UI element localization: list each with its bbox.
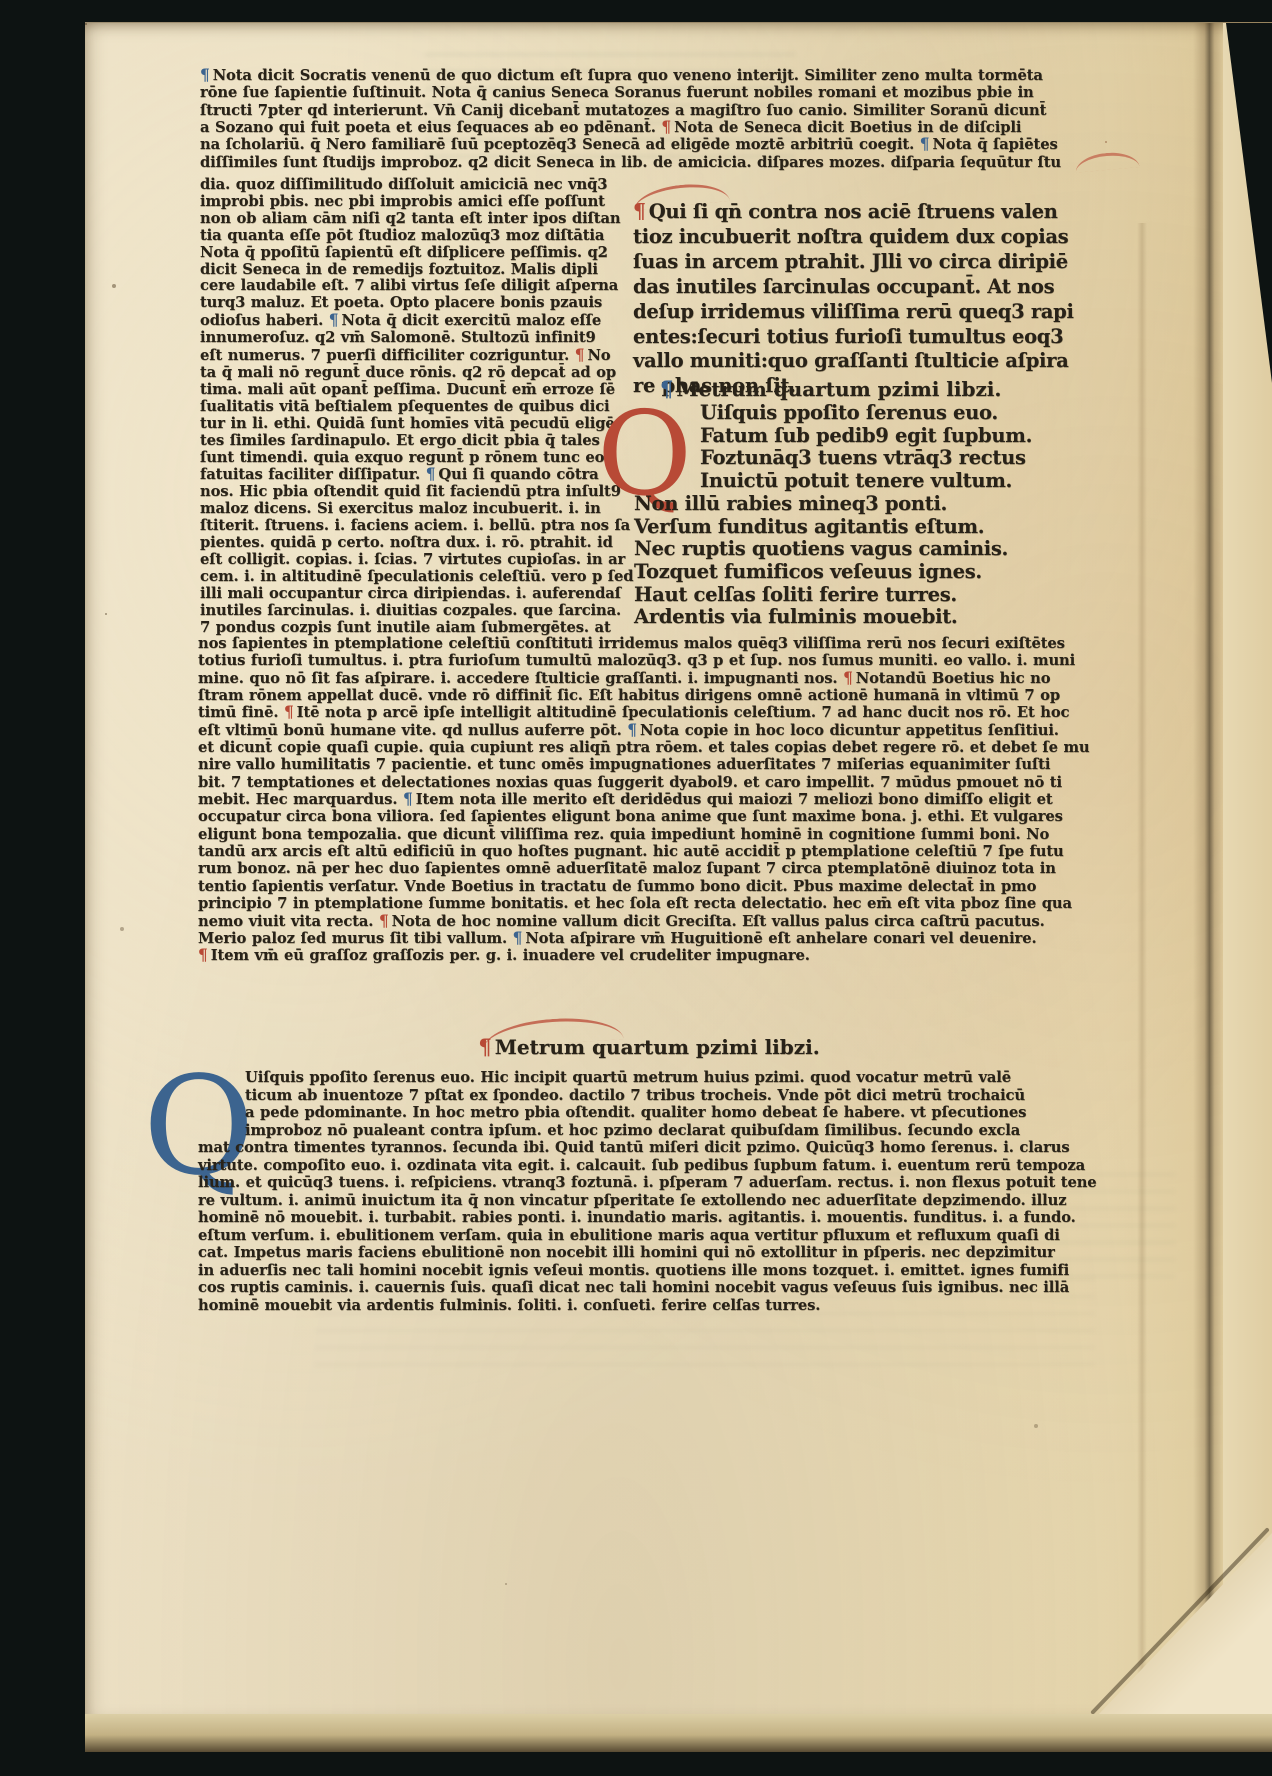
text-line: a pede pdominante. In hoc metro pbia oſt… [245, 1104, 1095, 1122]
text-line: odioſus haberi. ¶Nota q̄ dicit exercitū … [200, 312, 626, 330]
text-line: dicit Seneca in de remedijs foztuitoz. M… [200, 262, 626, 279]
text-line: tentio ſapientis verſatur. Vnde Boetius … [198, 878, 1102, 895]
text-line: pientes. quidā p certo. noſtra dux. i. r… [200, 535, 626, 552]
verse-indented-lines: Uiſquis ppoſito ſerenus euo.Fatum ſub pe… [700, 402, 1032, 493]
pilcrow-blue: ¶ [513, 929, 526, 947]
text-line: eſt colligit. copias. i. ſcias. 7 virtut… [200, 552, 626, 569]
text-line: ſtructi 7pter qd interierunt. Vn̄ Canij … [200, 102, 1102, 119]
text-line: tandū arx arcis eſt altū edificiū in quo… [198, 843, 1102, 860]
pilcrow-blue: ¶ [426, 465, 439, 483]
text-line: Fatum ſub pedib9 egit ſupbum. [700, 425, 1032, 448]
text-line: re vultum. i. animū inuictum ita q̄ non … [198, 1192, 1102, 1210]
text-line: cem. i. in altitudinē ſpeculationis cele… [200, 569, 626, 586]
intro-commentary-block: ¶Nota dicit Socratis venenū de quo dictu… [200, 67, 1102, 171]
text-line: Foztunāq3 tuens vtrāq3 rectus [700, 447, 1032, 470]
pilcrow-blue: ¶ [200, 66, 213, 84]
pilcrow-blue: ¶ [329, 311, 342, 329]
right-column-prose-paragraph: ¶Qui ſi qn̄ contra nos aciē ſtruens vale… [633, 199, 1080, 399]
text-line: ticum ab inuentoze 7 pſtat ex ſpondeo. d… [245, 1087, 1095, 1105]
text-line: tima. mali aūt opant̄ peſſima. Ducunt̄ e… [200, 382, 626, 399]
pilcrow-red: ¶ [478, 1034, 494, 1059]
underlying-pages-edge [85, 1714, 1272, 1752]
text-line: ta q̄ mali nō regunt̄ duce rōnis. q2 rō … [200, 365, 626, 382]
text-line: entes:ſecuri totius furioſi tumultus eoq… [633, 325, 1080, 350]
page-crease [1137, 223, 1147, 1715]
text-line: turq3 maluz. Et poeta. Opto placere boni… [200, 295, 626, 312]
text-line: Ardentis via fulminis mouebit. [634, 606, 1008, 629]
text-line: Verſum funditus agitantis eſtum. [634, 516, 1008, 539]
text-line: principio 7 in ptemplatione ſumme bonita… [198, 895, 1102, 912]
metrum-heading-right: ¶Metrum quartum pzimi libzi. [660, 376, 1001, 401]
ink-specks [85, 23, 87, 25]
text-line: in aduerſis nec tali homini nocebit igni… [198, 1262, 1102, 1280]
text-line: Merio paloz ſed murus ſit tibi vallum. ¶… [198, 930, 1102, 947]
text-line: ſuas in arcem ptrahit. Jlli vo circa dir… [633, 250, 1080, 275]
text-line: mine. quo nō ſit fas aſpirare. i. accede… [198, 670, 1102, 687]
text-line: ſunt timendi. quia exquo regunt̄ p rōnem… [200, 450, 626, 467]
text-line: occupatur circa bona viliora. ſed ſapien… [198, 808, 1102, 825]
pilcrow-blue: ¶ [627, 721, 640, 739]
text-line: nos ſapientes in ptemplatione celeſtiū c… [198, 635, 1102, 652]
text-line: rōne ſue ſapientie ſuſtinuit. Nota q̄ ca… [200, 84, 1102, 101]
pilcrow-red: ¶ [198, 946, 211, 964]
pilcrow-red: ¶ [379, 912, 392, 930]
text-line: improbi pbis. nec pbi improbis amici eſſ… [200, 194, 626, 211]
bottom-commentary-indented: Uiſquis ppoſito ſerenus euo. Hic incipit… [245, 1069, 1095, 1139]
text-line: vallo muniti:quo graſſanti ſtulticie aſp… [633, 349, 1080, 374]
text-line: ſualitatis vitā beſtialem pſequentes de … [200, 399, 626, 416]
text-line: tur in li. ethi. Quidā ſunt homīes vitā … [200, 416, 626, 433]
verse-lines: Non illū rabies mineq3 ponti.Verſum fund… [634, 493, 1008, 629]
text-line: ſtram rōnem appellat ducē. vnde rō diffi… [198, 687, 1102, 704]
text-line: Uiſquis ppoſito ſerenus euo. Hic incipit… [245, 1069, 1095, 1087]
text-line: nemo viuit vita recta. ¶Nota de hoc nomi… [198, 913, 1102, 930]
text-line: mat contra timentes tyrannos. ſecunda ib… [198, 1139, 1102, 1157]
text-line: improboz nō pualeant contra ipſum. et ho… [245, 1122, 1095, 1140]
text-line: rum bonoz. nā per hec duo ſapientes omnē… [198, 860, 1102, 877]
text-line: nos. Hic pbia oſtendit quid ſit faciendū… [200, 484, 626, 501]
page-fold-shadow [1193, 23, 1223, 1715]
text-line: tioz incubuerit noſtra quidem dux copias [633, 225, 1080, 250]
book-page: ¶Nota dicit Socratis venenū de quo dictu… [85, 22, 1272, 1715]
text-line: tes ſimiles ſardinapulo. Et ergo dicit p… [200, 433, 626, 450]
text-line: Inuictū potuit tenere vultum. [700, 470, 1032, 493]
text-line: cat. Impetus maris faciens ebulitionē no… [198, 1244, 1102, 1262]
bottom-commentary-full: mat contra timentes tyrannos. ſecunda ib… [198, 1139, 1102, 1314]
text-line: na ſcholariū. q̄ Nero familiarē ſuū pcep… [200, 136, 1102, 153]
text-line: Nec ruptis quotiens vagus caminis. [634, 538, 1008, 561]
text-line: eſtum verſum. i. ebulitionem verſam. qui… [198, 1227, 1102, 1245]
text-line: lium. et quicūq3 tuens. i. reſpiciens. v… [198, 1174, 1102, 1192]
text-line: Tozquet fumificos veſeuus ignes. [634, 561, 1008, 584]
text-line: maloz dicens. Si exercitus maloz incubue… [200, 501, 626, 518]
pilcrow-red: ¶ [661, 118, 674, 136]
text-line: virtute. compoſito euo. i. ozdinata vita… [198, 1157, 1102, 1175]
text-line: eſt vltimū bonū humane vite. qd nullus a… [198, 722, 1102, 739]
text-line: a Sozano qui fuit poeta et eius ſequaces… [200, 119, 1102, 136]
text-line: illi mali occupantur circa diripiendas. … [200, 586, 626, 603]
text-line: Nota q̄ ppoſitū ſapientū eſt diſplicere … [200, 245, 626, 262]
text-line: das inutiles ſarcinulas occupant̄. At no… [633, 275, 1080, 300]
text-line: inutiles ſarcinulas. i. diuitias cozpale… [200, 603, 626, 620]
pilcrow-blue: ¶ [403, 790, 416, 808]
text-line: eligunt bona tempozalia. que dicunt̄ vil… [198, 826, 1102, 843]
text-line: cere laudabile eſt. 7 alibi virtus ſeſe … [200, 278, 626, 295]
text-line: bit. 7 temptationes et delectationes nox… [198, 774, 1102, 791]
page-corner-curl [1098, 1533, 1272, 1715]
text-line: Non illū rabies mineq3 ponti. [634, 493, 1008, 516]
text-line: diſſimiles ſunt ſtudijs improboz. q2 dic… [200, 154, 1102, 171]
text-line: Uiſquis ppoſito ſerenus euo. [700, 402, 1032, 425]
book-scan-background: { "colors": { "red_initial": "#b84a36", … [0, 0, 1272, 1776]
text-line: Haut celſas ſoliti ferire turres. [634, 584, 1008, 607]
text-line: totius furioſi tumultus. i. ptra furioſu… [198, 652, 1102, 669]
pilcrow-blue: ¶ [920, 135, 933, 153]
text-line: timū finē. ¶Itē nota p arcē ipſe intelli… [198, 704, 1102, 721]
text-line: 7 pondus cozpis ſunt inutile aiam ſubmer… [200, 620, 626, 637]
text-line: fatuitas faciliter diſſipatur. ¶Qui ſi q… [200, 466, 626, 484]
pilcrow-red: ¶ [284, 703, 297, 721]
text-line: non ob aliam cām niſi q2 tanta eſt inter… [200, 211, 626, 228]
text-line: deſup irridemus viliſſima rerū queq3 rap… [633, 300, 1080, 325]
left-column-commentary: dia. quoz diſſimilitudo diſſoluit amicic… [200, 177, 626, 636]
text-line: nire vallo humilitatis 7 pacientie. et t… [198, 756, 1102, 773]
pilcrow-red: ¶ [575, 346, 588, 364]
text-line: et dicunt̄ copie quaſi cupie. quia cupiu… [198, 739, 1102, 756]
text-line: tia quanta eſſe pōt ſtudioz malozūq3 moz… [200, 228, 626, 245]
text-line: eſt numerus. 7 puerſi difficiliter cozri… [200, 347, 626, 365]
text-line: cos ruptis caminis. i. cauernis ſuis. qu… [198, 1279, 1102, 1297]
text-line: ſtiterit. ſtruens. i. faciens aciem. i. … [200, 518, 626, 535]
text-line: dia. quoz diſſimilitudo diſſoluit amicic… [200, 177, 626, 194]
text-line: innumeroſuz. q2 vm̄ Salomonē. Stultozū i… [200, 330, 626, 347]
pilcrow-red: ¶ [843, 669, 856, 687]
text-line: ¶Item vm̄ eū graſſoz graſſozis per. g. i… [198, 947, 1102, 964]
full-width-commentary-block: nos ſapientes in ptemplatione celeſtiū c… [198, 635, 1102, 965]
text-line: hominē nō mouebit. i. turbabit. rabies p… [198, 1209, 1102, 1227]
text-line: hominē mouebit via ardentis fulminis. ſo… [198, 1297, 1102, 1315]
text-line: mebit. Hec marquardus. ¶Item nota ille m… [198, 791, 1102, 808]
metrum-heading-bottom: ¶Metrum quartum pzimi libzi. [198, 1034, 1100, 1059]
text-line: ¶Nota dicit Socratis venenū de quo dictu… [200, 67, 1102, 84]
